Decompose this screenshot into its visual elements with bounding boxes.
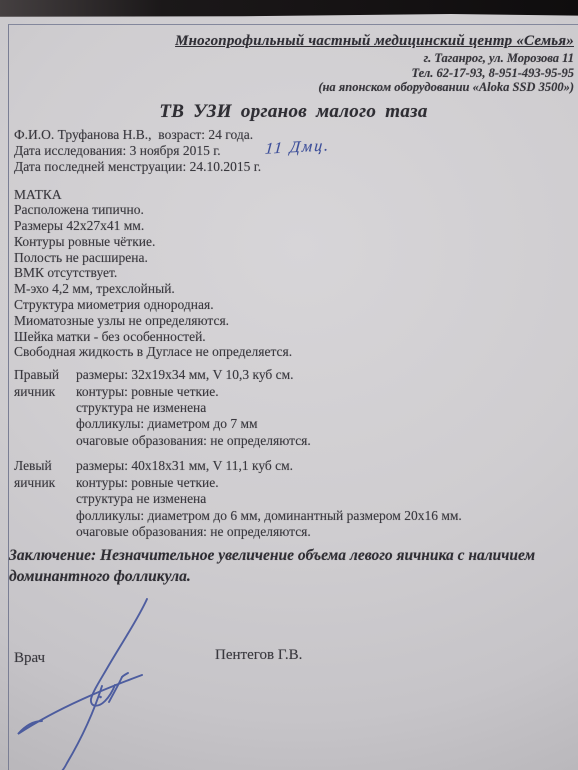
left-ovary-line: фолликулы: диаметром до 6 мм, доминантны… xyxy=(76,508,578,524)
left-ovary-label-word: яичник xyxy=(14,475,76,491)
right-ovary-label-word: Правый xyxy=(14,367,76,383)
clinic-address: г. Таганрог, ул. Морозова 11 xyxy=(9,51,574,66)
left-ovary-details: размеры: 40х18х31 мм, V 11,1 куб см. кон… xyxy=(76,458,578,540)
uterus-line: ВМК отсутствует. xyxy=(14,265,578,281)
menstruation-date-line: Дата последней менструации: 24.10.2015 г… xyxy=(14,159,578,175)
clinic-header: Многопрофильный частный медицинский цент… xyxy=(9,20,578,95)
clinic-phone: Тел. 62-17-93, 8-951-493-95-95 xyxy=(9,66,574,81)
uterus-line: Свободная жидкость в Дугласе не определя… xyxy=(14,344,578,360)
right-ovary-line: размеры: 32х19х34 мм, V 10,3 куб см. xyxy=(76,367,578,383)
uterus-line: Шейка матки - без особенностей. xyxy=(14,329,578,345)
right-ovary-line: контуры: ровные четкие. xyxy=(76,384,578,400)
uterus-line: Расположена типично. xyxy=(14,202,578,218)
uterus-line: Размеры 42х27х41 мм. xyxy=(14,218,578,234)
left-ovary-label-word: Левый xyxy=(14,458,76,474)
uterus-line: Структура миометрия однородная. xyxy=(14,297,578,313)
uterus-section: МАТКА Расположена типично. Размеры 42х27… xyxy=(14,187,578,361)
clinic-name: Многопрофильный частный медицинский цент… xyxy=(9,32,574,51)
uterus-line: М-эхо 4,2 мм, трехслойный. xyxy=(14,281,578,297)
uterus-heading: МАТКА xyxy=(14,187,578,203)
right-ovary-line: очаговые образования: не определяются. xyxy=(76,433,578,449)
left-ovary-line: размеры: 40х18х31 мм, V 11,1 куб см. xyxy=(76,458,578,474)
document-content: Многопрофильный частный медицинский цент… xyxy=(9,20,578,670)
uterus-line: Полость не расширена. xyxy=(14,250,578,266)
doctor-signature-ink xyxy=(5,595,180,770)
right-ovary-label: Правый яичник xyxy=(14,367,76,449)
right-ovary-label-word: яичник xyxy=(14,384,76,400)
right-ovary-details: размеры: 32х19х34 мм, V 10,3 куб см. кон… xyxy=(76,367,578,449)
left-ovary-line: очаговые образования: не определяются. xyxy=(76,524,578,540)
right-ovary-line: фолликулы: диаметром до 7 мм xyxy=(76,416,578,432)
left-ovary-line: контуры: ровные четкие. xyxy=(76,475,578,491)
left-ovary-label: Левый яичник xyxy=(14,458,76,540)
conclusion-text: Заключение: Незначительное увеличение об… xyxy=(9,545,570,587)
left-ovary-line: структура не изменена xyxy=(76,491,578,507)
document-photo: 11 Дмц. Многопрофильный частный медицинс… xyxy=(0,0,578,770)
uterus-line: Миоматозные узлы не определяются. xyxy=(14,313,578,329)
handwritten-cycle-day-note: 11 Дмц. xyxy=(264,137,331,159)
doctor-name: Пентегов Г.В. xyxy=(215,647,302,664)
right-ovary-line: структура не изменена xyxy=(76,400,578,416)
uterus-line: Контуры ровные чёткие. xyxy=(14,234,578,250)
right-ovary-section: Правый яичник размеры: 32х19х34 мм, V 10… xyxy=(14,367,578,449)
left-ovary-section: Левый яичник размеры: 40х18х31 мм, V 11,… xyxy=(14,458,578,540)
report-title: ТВ УЗИ органов малого таза xyxy=(9,101,578,123)
clinic-equipment: (на японском оборудовании «Aloka SSD 350… xyxy=(9,80,574,95)
